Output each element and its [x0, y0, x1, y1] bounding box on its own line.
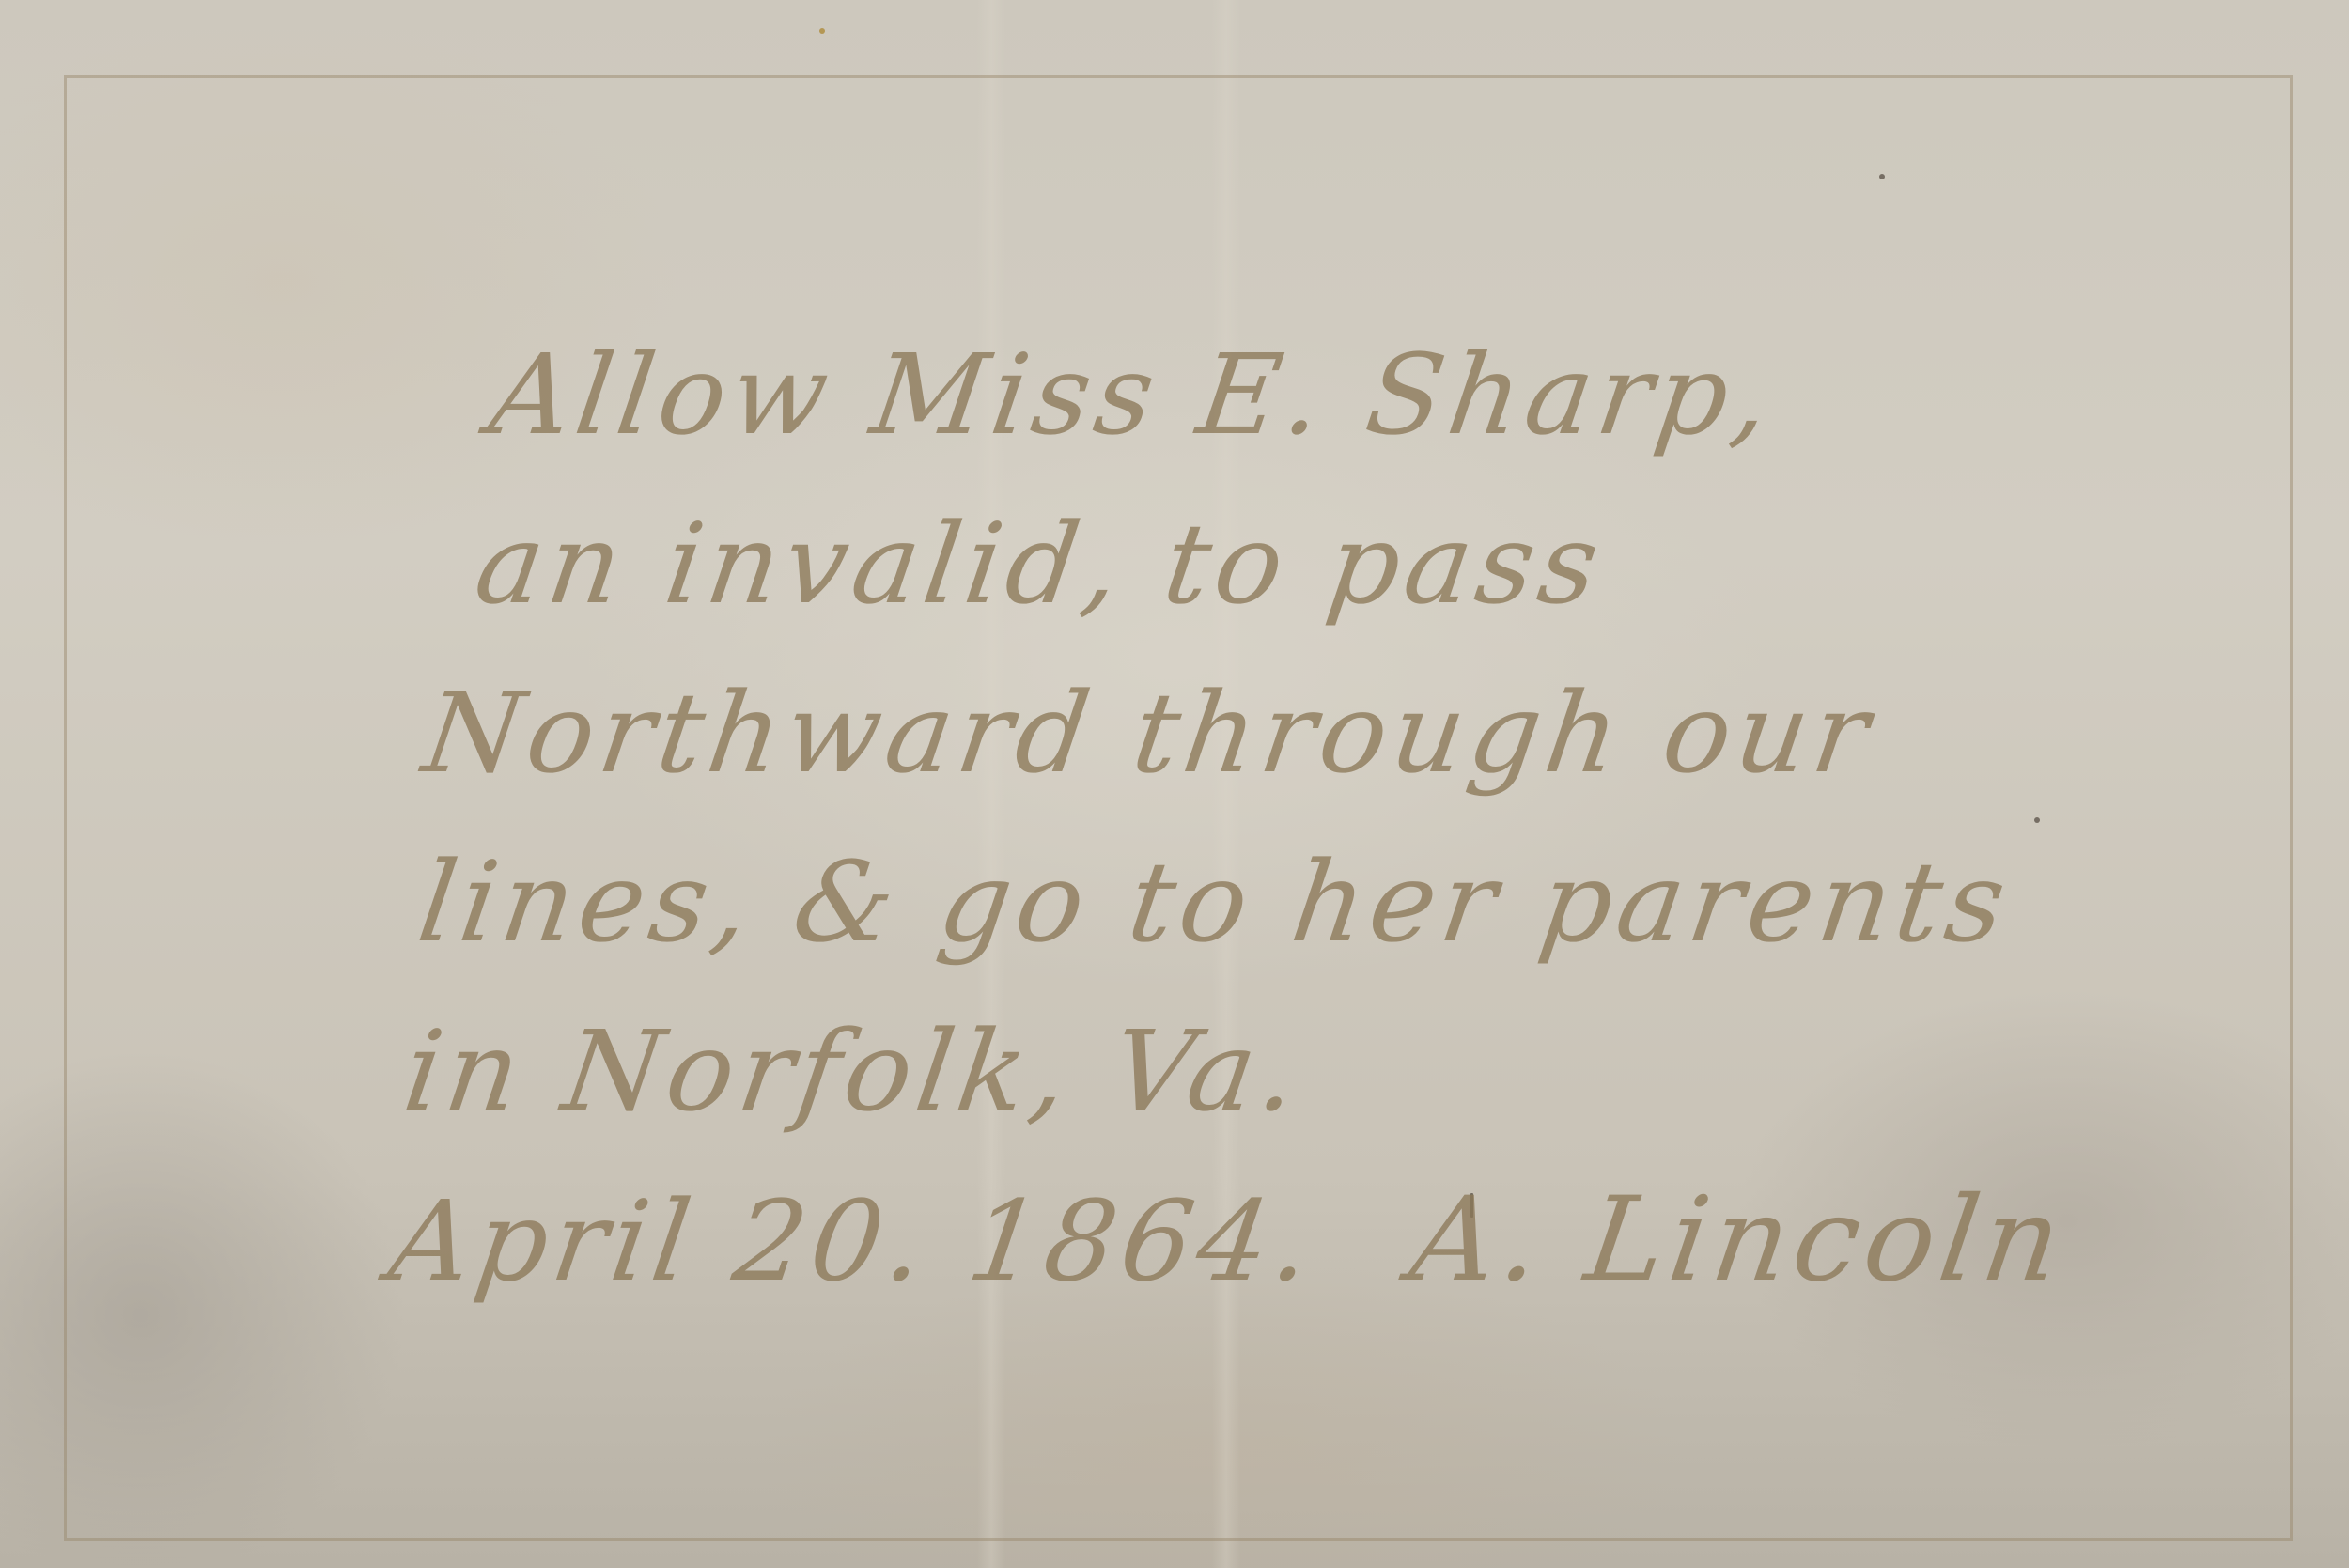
document-date: April 20. 1864.: [382, 1176, 1325, 1306]
paper-speck: [1879, 174, 1885, 179]
signature: A. Lincoln: [1403, 1172, 2074, 1308]
text-line: lines, & go to her parents: [409, 817, 2105, 986]
handwritten-text: Allow Miss E. Sharp, an invalid, to pass…: [342, 310, 2176, 1326]
date-signature-line: April 20. 1864. A. Lincoln: [380, 1156, 2057, 1326]
paper-background: Allow Miss E. Sharp, an invalid, to pass…: [0, 0, 2349, 1568]
text-line: Northward through our: [413, 648, 2128, 817]
text-line: Allow Miss E. Sharp,: [480, 310, 2176, 479]
paper-speck: [819, 28, 825, 34]
text-line: in Norfolk, Va.: [394, 986, 2080, 1156]
text-line: an invalid, to pass: [465, 479, 2152, 648]
